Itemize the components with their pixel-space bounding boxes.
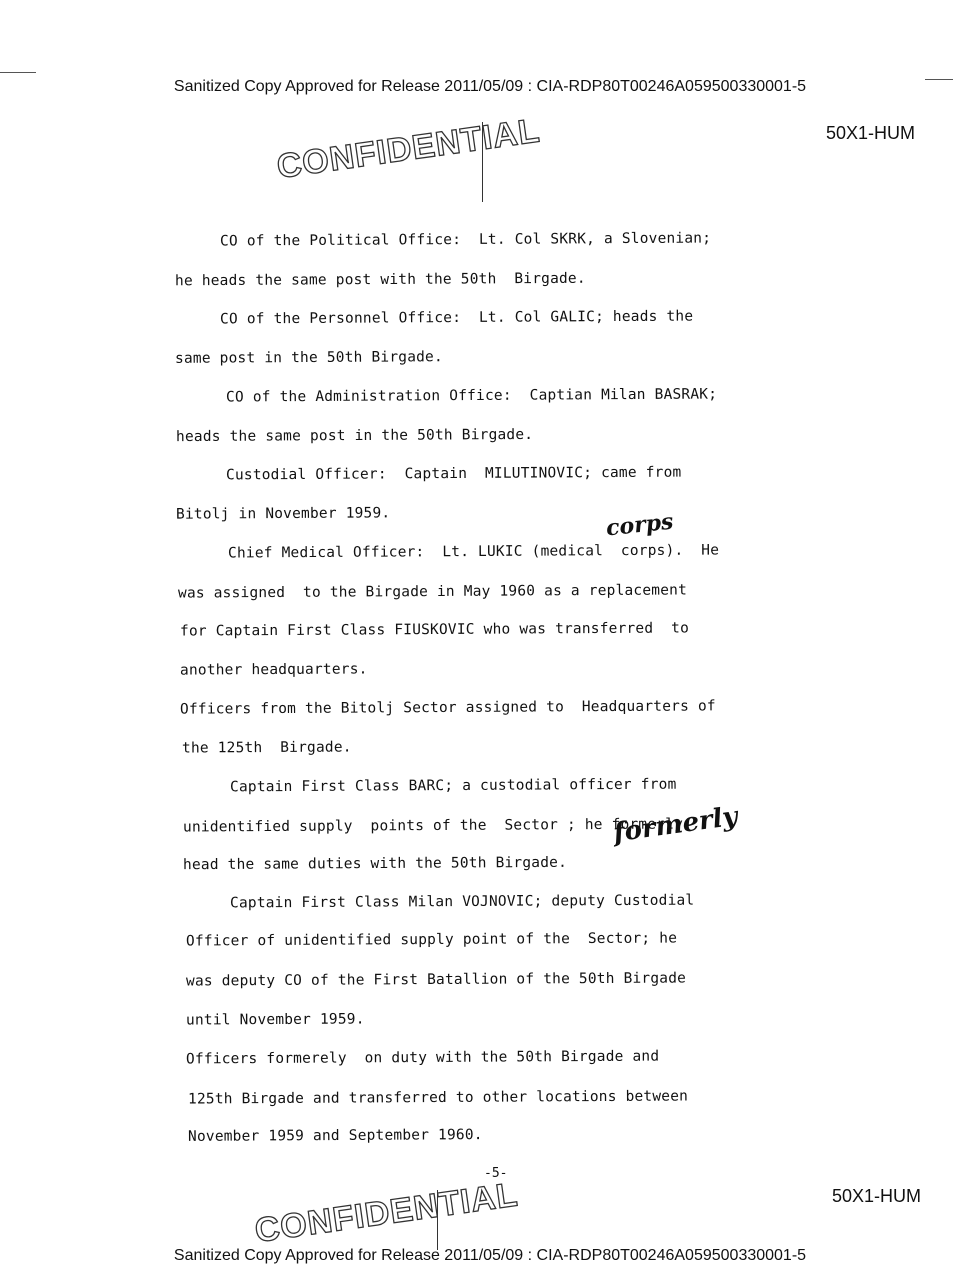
classification-stamp-bottom: CONFIDENTIAL <box>253 1175 521 1251</box>
typed-line: was assigned to the Birgade in May 1960 … <box>178 582 687 601</box>
typed-line: head the same duties with the 50th Birga… <box>183 855 567 873</box>
stamp-divider-top <box>482 122 483 202</box>
typed-line: Officer of unidentified supply point of … <box>186 931 677 950</box>
typed-line: Chief Medical Officer: Lt. LUKIC (medica… <box>228 543 719 562</box>
typed-line: CO of the Personnel Office: Lt. Col GALI… <box>220 309 693 328</box>
typed-line: same post in the 50th Birgade. <box>175 349 443 367</box>
stamp-divider-bottom <box>437 1190 438 1250</box>
typed-line: until November 1959. <box>186 1011 365 1028</box>
typed-line: for Captain First Class FIUSKOVIC who wa… <box>180 620 689 639</box>
typed-line: 125th Birgade and transferred to other l… <box>188 1088 688 1107</box>
release-banner-bottom: Sanitized Copy Approved for Release 2011… <box>0 1247 980 1265</box>
typed-line: another headquarters. <box>180 661 368 678</box>
exemption-code-bottom: 50X1-HUM <box>832 1186 921 1207</box>
typed-line: Bitolj in November 1959. <box>176 505 390 522</box>
typed-line: CO of the Political Office: Lt. Col SKRK… <box>220 231 711 250</box>
classification-stamp-top: CONFIDENTIAL <box>275 111 543 187</box>
typed-line: Custodial Officer: Captain MILUTINOVIC; … <box>226 465 682 484</box>
typed-line: November 1959 and September 1960. <box>188 1127 483 1145</box>
typed-line: CO of the Administration Office: Captian… <box>226 387 717 406</box>
typed-line: Captain First Class BARC; a custodial of… <box>230 777 677 796</box>
exemption-code-top: 50X1-HUM <box>826 123 915 144</box>
typed-line: unidentified supply points of the Sector… <box>183 816 683 835</box>
typed-line: the 125th Birgade. <box>182 739 352 756</box>
typed-line: was deputy CO of the First Batallion of … <box>186 970 686 989</box>
typed-line: Officers from the Bitolj Sector assigned… <box>180 698 716 717</box>
typed-line: Officers formerely on duty with the 50th… <box>186 1049 659 1068</box>
typed-line: Captain First Class Milan VOJNOVIC; depu… <box>230 893 694 912</box>
typed-line: he heads the same post with the 50th Bir… <box>175 271 586 290</box>
handwritten-correction-formerly: formerly <box>612 801 740 848</box>
typed-line: heads the same post in the 50th Birgade. <box>176 427 533 445</box>
release-banner-top: Sanitized Copy Approved for Release 2011… <box>0 78 980 96</box>
scan-speck <box>0 72 36 73</box>
handwritten-correction-corps: corps <box>605 509 675 542</box>
